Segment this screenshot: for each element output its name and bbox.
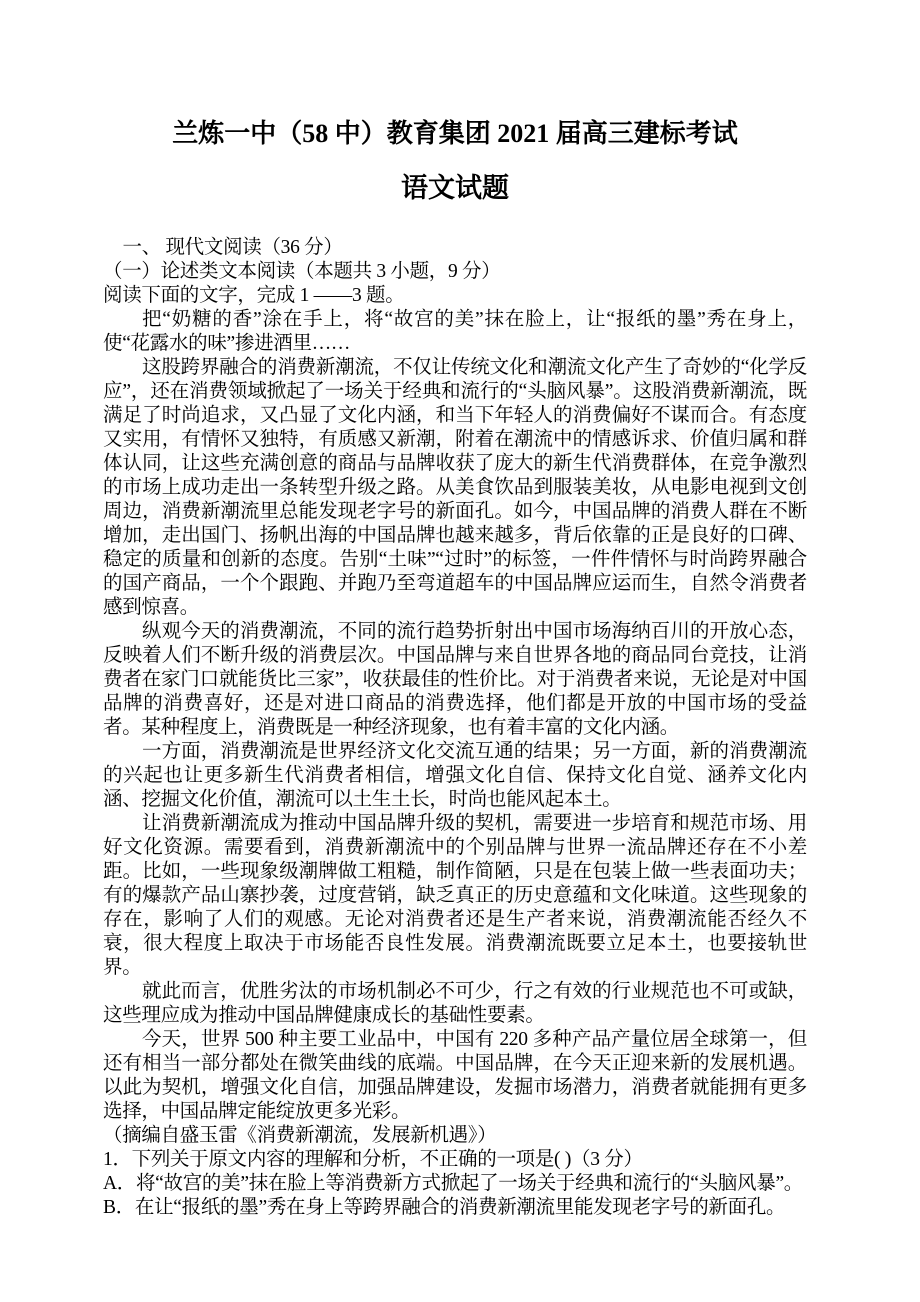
question-1-option-b: B．在让“报纸的墨”秀在身上等跨界融合的消费新潮流里能发现老字号的新面孔。 — [103, 1196, 807, 1220]
passage-paragraph: 就此而言，优胜劣汰的市场机制必不可少，行之有效的行业规范也不可或缺，这些理应成为… — [103, 980, 807, 1028]
passage-paragraph: 把“奶糖的香”涂在手上，将“故宫的美”抹在脸上，让“报纸的墨”秀在身上，使“花露… — [103, 308, 807, 356]
passage-paragraph: 纵观今天的消费潮流，不同的流行趋势折射出中国市场海纳百川的开放心态，反映着人们不… — [103, 620, 807, 740]
passage-attribution: （摘编自盛玉雷《消费新潮流，发展新机遇》） — [103, 1124, 807, 1148]
section-heading: 一、 现代文阅读（36 分） — [103, 236, 807, 260]
exam-title: 兰炼一中（58 中）教育集团 2021 届高三建标考试 — [103, 118, 807, 149]
exam-paper: 兰炼一中（58 中）教育集团 2021 届高三建标考试 语文试题 一、 现代文阅… — [0, 0, 920, 1220]
passage-paragraph: 今天，世界 500 种主要工业品中，中国有 220 多种产品产量位居全球第一，但… — [103, 1028, 807, 1124]
passage-paragraph: 这股跨界融合的消费新潮流，不仅让传统文化和潮流文化产生了奇妙的“化学反应”，还在… — [103, 356, 807, 620]
passage-paragraph: 让消费新潮流成为推动中国品牌升级的契机，需要进一步培育和规范市场、用好文化资源。… — [103, 812, 807, 980]
document-page: 兰炼一中（58 中）教育集团 2021 届高三建标考试 语文试题 一、 现代文阅… — [0, 0, 920, 1302]
passage-paragraph: 一方面，消费潮流是世界经济文化交流互通的结果；另一方面，新的消费潮流的兴起也让更… — [103, 740, 807, 812]
subsection-heading: （一）论述类文本阅读（本题共 3 小题，9 分） — [103, 260, 807, 284]
reading-instruction: 阅读下面的文字，完成 1 ——3 题。 — [103, 284, 807, 308]
question-1-stem: 1．下列关于原文内容的理解和分析，不正确的一项是( )（3 分） — [103, 1148, 807, 1172]
question-1-option-a: A．将“故宫的美”抹在脸上等消费新方式掀起了一场关于经典和流行的“头脑风暴”。 — [103, 1172, 807, 1196]
exam-body: 一、 现代文阅读（36 分） （一）论述类文本阅读（本题共 3 小题，9 分） … — [103, 236, 807, 1220]
exam-subtitle: 语文试题 — [103, 173, 807, 204]
